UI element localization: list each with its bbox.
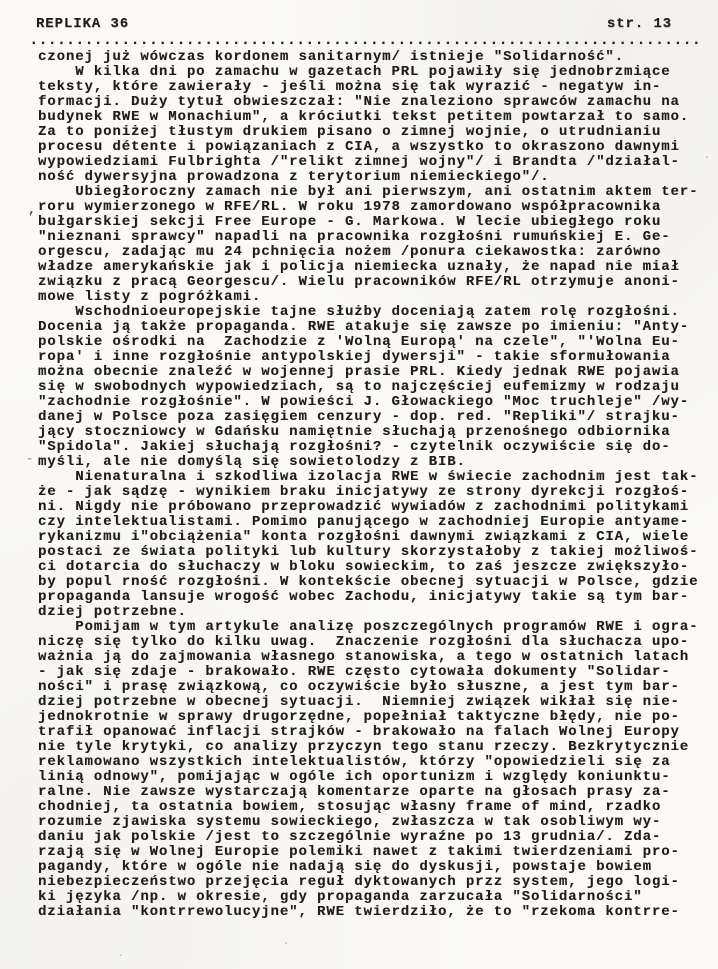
text-line: dziej potrzebne.: [38, 605, 714, 620]
text-line: chodniej, ta ostatnia bowiem, stosując w…: [38, 800, 714, 815]
text-line: niebezpieczeństwo przejęcia reguł dyktow…: [38, 875, 714, 890]
text-line: Wschodnioeuropejskie tajne służby doceni…: [38, 305, 714, 320]
publication-title: REPLIKA 36: [36, 16, 129, 32]
text-line: trafił opanować inflacji strajków - brak…: [38, 725, 714, 740]
text-line: myśli, ale nie domyślą się sowietolodzy …: [38, 455, 714, 470]
text-line: rozumie zjawiska systemu sowieckiego, zw…: [38, 815, 714, 830]
text-line: formacji. Duży tytuł obwieszczał: "Nie z…: [38, 95, 714, 110]
text-line: ni. Nigdy nie próbowano przeprowadzić wy…: [38, 500, 714, 515]
text-line: Pomijam w tym artykule analizę poszczegó…: [38, 620, 714, 635]
text-line: polskie ośrodki na Zachodzie z 'Wolną Eu…: [38, 335, 714, 350]
text-line: orgescu, zadając mu 24 pchnięcia nożem /…: [38, 245, 714, 260]
text-line: roru wymierzonego w RFE/RL. W roku 1978 …: [38, 200, 714, 215]
text-line: wypowiedziami Fulbrighta /"relikt zimnej…: [38, 155, 714, 170]
text-line: ność dywersyjna prowadzona z terytorium …: [38, 170, 714, 185]
ink-speck: .: [283, 938, 289, 948]
text-line: rykanizmu i"obciążenia" konta rozgłośni …: [38, 530, 714, 545]
text-line: ności" i prasę związkową, co oczywiście …: [38, 680, 714, 695]
document-body: czonej już wówczas kordonem sanitarnym/ …: [38, 50, 714, 920]
text-line: działania "kontrrewolucyjne", RWE twierd…: [38, 905, 714, 920]
text-line: pagandy, które w ogóle nie nadają się do…: [38, 860, 714, 875]
page-header: REPLIKA 36 str. 13: [36, 16, 672, 32]
text-line: jący stoczniowcy w Gdańsku namiętnie słu…: [38, 425, 714, 440]
text-line: "nieznani sprawcy" napadli na pracownika…: [38, 230, 714, 245]
text-line: Ubiegłoroczny zamach nie był ani pierwsz…: [38, 185, 714, 200]
scanned-document-page: REPLIKA 36 str. 13 .....................…: [0, 0, 718, 969]
text-line: bułgarskiej sekcji Free Europe - G. Mark…: [38, 215, 714, 230]
text-line: ropa' i inne rozgłośnie antypolskiej dyw…: [38, 350, 714, 365]
text-line: dziej potrzebne w obecnej sytuacji. Niem…: [38, 695, 714, 710]
text-line: czy intelektualistami. Pomimo panującego…: [38, 515, 714, 530]
text-line: W kilka dni po zamachu w gazetach PRL po…: [38, 65, 714, 80]
text-line: niczę się tylko do kilku uwag. Znaczenie…: [38, 635, 714, 650]
ink-speck: .: [118, 950, 123, 959]
text-line: ważnia ją do zajmowania własnego stanowi…: [38, 650, 714, 665]
text-line: danej w Polsce poza zasięgiem cenzury - …: [38, 410, 714, 425]
ink-speck: ,: [28, 203, 36, 216]
text-line: władze amerykańskie jak i policja niemie…: [38, 260, 714, 275]
text-line: nie tyle krytyki, co analizy przyczyn te…: [38, 740, 714, 755]
text-line: ki języka /np. w okresie, gdy propaganda…: [38, 890, 714, 905]
text-line: budynek RWE w Monachium", a króciutki te…: [38, 110, 714, 125]
text-line: że - jak sądzę - wynikiem braku inicjaty…: [38, 485, 714, 500]
text-line: reklamowano wszystkich intelektualistów,…: [38, 755, 714, 770]
text-line: związku z pracą Georgescu/. Wielu pracow…: [38, 275, 714, 290]
text-line: jednokrotnie w sprawy drugorzędne, popeł…: [38, 710, 714, 725]
text-line: ralne. Nie zawsze wystarczają komentarze…: [38, 785, 714, 800]
text-line: procesu détente i powiązaniach z CIA, a …: [38, 140, 714, 155]
text-line: Za to poniżej tłustym drukiem pisano o z…: [38, 125, 714, 140]
page-number: str. 13: [607, 16, 672, 32]
text-line: rzają się w Wolnej Europie polemiki nawe…: [38, 845, 714, 860]
text-line: teksty, które zawierały - jeśli można si…: [38, 80, 714, 95]
ink-speck: -: [26, 453, 33, 465]
text-line: się w swobodnych wypowiedziach, są to na…: [38, 380, 714, 395]
text-line: daniu jak polskie /jest to szczególnie w…: [38, 830, 714, 845]
text-line: ci dotarcia do słuchaczy w bloku sowieck…: [38, 560, 714, 575]
text-line: linią odnowy", pomijając w ogóle ich opo…: [38, 770, 714, 785]
text-line: postaci ze świata polityki lub kultury s…: [38, 545, 714, 560]
text-line: "zachodnie rozgłośnie". W powieści J. Gł…: [38, 395, 714, 410]
text-line: "Spidola". Jakiej słuchają rozgłośni? - …: [38, 440, 714, 455]
text-line: można obecnie znaleźć w wojennej prasie …: [38, 365, 714, 380]
dotted-divider: ........................................…: [29, 33, 701, 47]
text-line: czonej już wówczas kordonem sanitarnym/ …: [38, 50, 714, 65]
text-line: Docenia ją także propaganda. RWE atakuje…: [38, 320, 714, 335]
text-line: mowe listy z pogróżkami.: [38, 290, 714, 305]
text-line: - jak się zdaje - brakowało. RWE często …: [38, 665, 714, 680]
text-line: Nienaturalna i szkodliwa izolacja RWE w …: [38, 470, 714, 485]
text-line: by popul rność rozgłośni. W kontekście o…: [38, 575, 714, 590]
text-line: propaganda lansuje wrogość wobec Zachodu…: [38, 590, 714, 605]
